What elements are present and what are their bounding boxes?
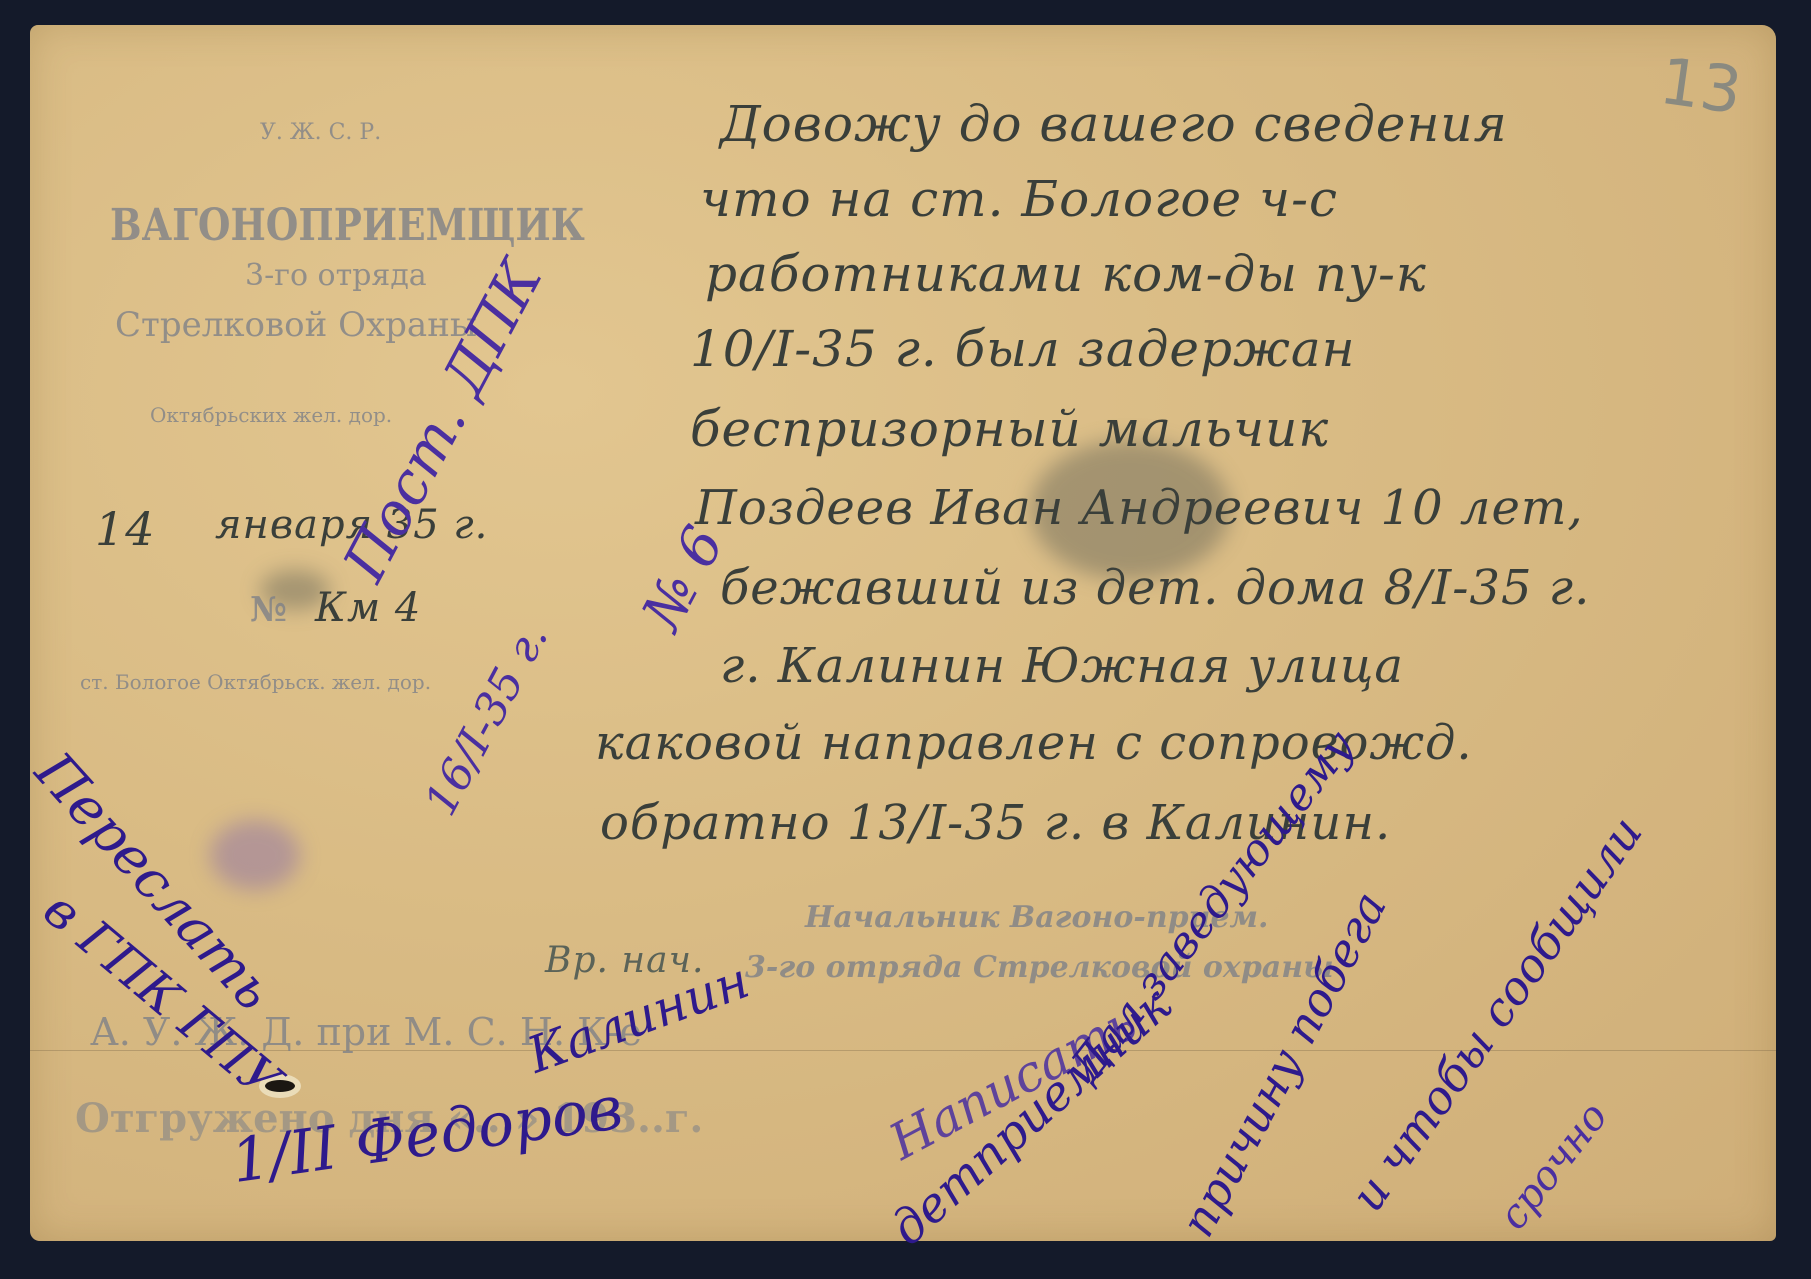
violet-smudge [210,820,300,890]
station-line: ст. Бологое Октябрьск. жел. дор. [80,670,431,694]
stamp-line-5: Октябрьских жел. дор. [150,403,392,427]
letter-line: Поздеев Иван Андреевич 10 лет, [695,480,1584,536]
pencil-number: 13 [1655,45,1746,130]
letter-line: 10/I-35 г. был задержан [690,320,1356,378]
stamp-line-4: Стрелковой Охраны [115,305,477,345]
stamp-line-1: У. Ж. С. Р. [260,120,381,145]
letter-line: г. Калинин Южная улица [720,638,1404,694]
letter-line: работниками ком-ды пу-к [705,245,1427,303]
stamp-line-2: ВАГОНОПРИЕМЩИК [110,200,585,251]
letter-line: беспризорный мальчик [690,400,1329,458]
letter-line: Довожу до вашего сведения [720,95,1508,153]
date-day: 14 [95,502,156,556]
letter-line: что на ст. Бологое ч-с [700,170,1338,228]
letter-line: бежавший из дет. дома 8/I-35 г. [720,560,1590,616]
stamp-line-3: 3-го отряда [245,258,427,293]
number-label: № [250,590,287,630]
number-value: Км 4 [315,585,421,631]
official-stamp-line-2: 3-го отряда Стрелковой охраны [745,950,1334,985]
